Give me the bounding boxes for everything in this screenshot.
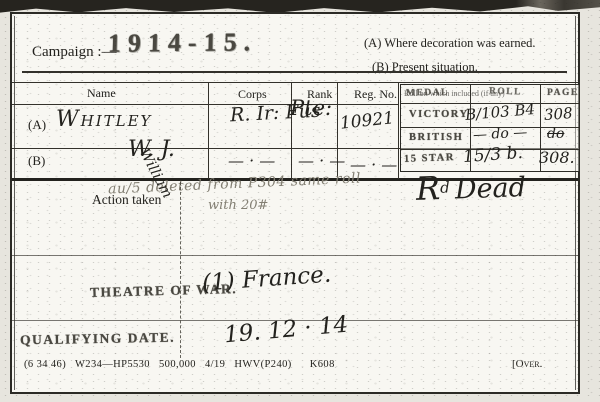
note-where-earned: (A) Where decoration was earned.: [364, 36, 536, 51]
corps-ditto: — · —: [228, 151, 275, 170]
theatre-of-war-value: (1) France.: [201, 262, 332, 297]
roll-column-stamp: ROLL: [489, 86, 522, 97]
print-code: (6 34 46) W234—HP5530 500,000 4/19 HWV(P…: [24, 359, 335, 370]
roll-value: 15/3 b.: [462, 143, 523, 167]
reg-no-handwritten: 10921: [339, 108, 395, 134]
header-underline: [12, 104, 398, 105]
header-name: Name: [87, 86, 116, 101]
col-divider-name-corps: [208, 82, 209, 179]
page-value: 308: [543, 104, 573, 124]
campaign-label: Campaign :—: [32, 44, 117, 61]
rank-ditto: — · —: [298, 151, 345, 170]
medal-label: VICTORY: [409, 109, 469, 120]
medal-index-card-scan: Campaign :— 1914-15. (A) Where decoratio…: [0, 0, 600, 402]
dead-annotation-r: R: [415, 169, 440, 208]
qualifying-date-value: 19. 12 · 14: [223, 312, 349, 349]
action-note-pencil-1: au/5 deleted from P304 same roll: [108, 170, 361, 197]
medal-roll-table: Roll on which included (if any) MEDAL RO…: [400, 84, 580, 172]
dead-annotation-sup: d: [440, 178, 450, 196]
row-a-label: (A): [28, 117, 46, 133]
dead-annotation: Rd Dead: [415, 166, 526, 208]
lower-section-vertical-divider: [180, 182, 181, 358]
medal-column-stamp: MEDAL: [406, 88, 449, 99]
action-note-pencil-2: with 20#: [208, 198, 268, 213]
campaign-stamp: 1914-15.: [108, 27, 258, 59]
header-corps: Corps: [238, 87, 267, 102]
row-b-label: (B): [28, 153, 45, 169]
col-divider-reg-medal: [398, 82, 399, 179]
rank-handwritten: Pte:: [290, 96, 332, 120]
action-section-bottom-line: [12, 255, 578, 256]
dead-annotation-word: Dead: [454, 172, 526, 205]
page-value: do: [547, 126, 564, 142]
header-reg-no: Reg. No.: [354, 87, 397, 102]
medal-label: BRITISH: [409, 132, 463, 143]
page-column-stamp: PAGE: [547, 88, 579, 98]
qualifying-date-label: QUALIFYING DATE.: [20, 330, 175, 349]
over-note: [Over.: [512, 358, 542, 370]
campaign-underline: [22, 71, 567, 73]
surname-handwritten: Whitley: [56, 107, 152, 132]
table-top-line: [12, 82, 578, 83]
medal-label: 15 STAR: [404, 152, 455, 165]
card: Campaign :— 1914-15. (A) Where decoratio…: [10, 12, 580, 394]
page-value: 308.: [539, 148, 575, 167]
roll-value: — do —: [473, 125, 528, 144]
